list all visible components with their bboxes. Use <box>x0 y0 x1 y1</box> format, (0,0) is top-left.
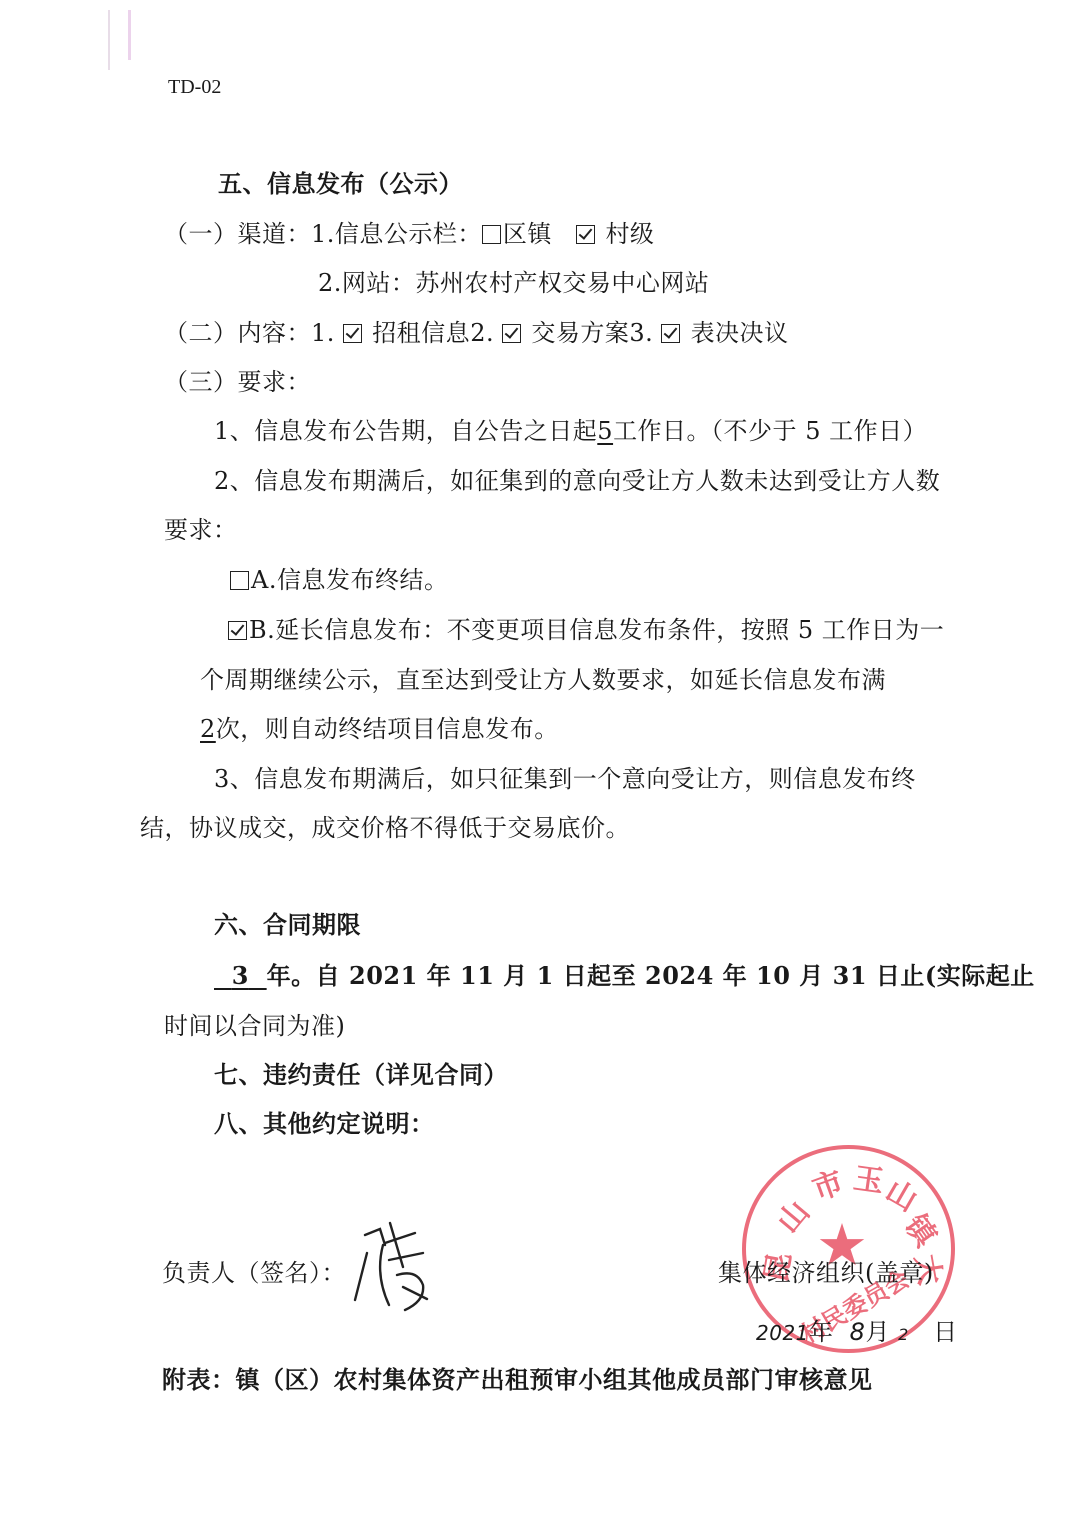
section5-title: 五、信息发布（公示） <box>218 164 463 199</box>
option-b-label: B.延长信息发布：不变更项目信息发布条件，按照 5 工作日为一 <box>249 616 944 644</box>
content-item-rental-info: 招租信息 <box>372 319 470 347</box>
checkbox-option-b[interactable] <box>228 621 247 640</box>
channel-prefix: （一）渠道：1.信息公示栏： <box>164 220 482 248</box>
content-item-trade-plan: 交易方案 <box>531 319 629 347</box>
years-value: 3 <box>232 961 249 990</box>
section6-title: 六、合同期限 <box>214 905 361 940</box>
extension-times: 2 <box>200 715 216 743</box>
scan-artifact <box>128 10 131 60</box>
org-seal-label: 集体经济组织(盖章) <box>718 1253 934 1288</box>
channel-option-village: 村级 <box>605 220 654 248</box>
requirement-3-line2: 结，协议成交，成交价格不得低于交易底价。 <box>140 808 630 843</box>
date-month: 8 <box>850 1318 866 1346</box>
option-b-line3-text: 次，则自动终结项目信息发布。 <box>216 715 559 743</box>
section7-title: 七、违约责任（详见合同） <box>214 1055 508 1090</box>
content-item-resolution: 表决决议 <box>691 319 789 347</box>
channel-line: （一）渠道：1.信息公示栏：区镇 村级 <box>164 214 654 249</box>
document-code: TD-02 <box>168 76 221 99</box>
appendix-title: 附表：镇（区）农村集体资产出租预审小组其他成员部门审核意见 <box>162 1360 873 1395</box>
requirement-2-line2: 要求： <box>164 510 238 545</box>
option-b-line2: 个周期继续公示，直至达到受让方人数要求，如延长信息发布满 <box>200 660 886 695</box>
seal-char: 玉 <box>851 1153 887 1201</box>
requirement-2-line1: 2、信息发布期满后，如征集到的意向受让方人数未达到受让方人数 <box>214 461 940 496</box>
date-day: 2 <box>898 1325 909 1344</box>
website-line: 2.网站：苏州农村产权交易中心网站 <box>318 263 709 298</box>
year-unit: 年 <box>809 1318 834 1346</box>
section8-title: 八、其他约定说明： <box>214 1104 435 1139</box>
checkbox-resolution[interactable] <box>661 324 680 343</box>
checkbox-village[interactable] <box>576 225 595 244</box>
requirement-1: 1、信息发布公告期，自公告之日起5工作日。（不少于 5 工作日） <box>214 411 927 446</box>
scan-artifact <box>108 10 110 70</box>
content-num: 2. <box>470 319 494 347</box>
checkbox-trade-plan[interactable] <box>502 324 521 343</box>
seal-char: 市 <box>805 1157 848 1209</box>
option-b-line3: 2次，则自动终结项目信息发布。 <box>200 709 559 744</box>
checkbox-district[interactable] <box>482 225 501 244</box>
req1-text: 1、信息发布公告期，自公告之日起 <box>214 417 597 445</box>
checkbox-rental-info[interactable] <box>343 324 362 343</box>
term-text: 年。自 2021 年 11 月 1 日起至 2024 年 10 月 31 日止(… <box>267 961 1035 990</box>
month-unit: 月 <box>865 1318 890 1346</box>
req1-days: 5 <box>597 417 613 445</box>
option-a: A.信息发布终结。 <box>230 560 448 595</box>
content-line: （二）内容：1. 招租信息2. 交易方案3. 表决决议 <box>164 313 789 348</box>
option-b-line1: B.延长信息发布：不变更项目信息发布条件，按照 5 工作日为一 <box>228 610 944 645</box>
content-prefix: （二）内容：1. <box>164 319 335 347</box>
contract-years: 3 <box>214 961 267 990</box>
content-num: 3. <box>629 319 653 347</box>
date-year: 2021 <box>756 1321 809 1345</box>
handwritten-signature <box>345 1215 445 1315</box>
req1-text-b: 工作日。（不少于 5 工作日） <box>613 417 927 445</box>
requirement-3-line1: 3、信息发布期满后，如只征集到一个意向受让方，则信息发布终 <box>214 759 916 794</box>
seal-char: 山 <box>765 1189 818 1240</box>
option-a-label: A.信息发布终结。 <box>251 566 448 594</box>
requirements-title: （三）要求： <box>164 362 311 397</box>
channel-option-district: 区镇 <box>503 220 552 248</box>
contract-term-line1: 3 年。自 2021 年 11 月 1 日起至 2024 年 10 月 31 日… <box>214 956 1035 991</box>
sign-date: 2021年 8月 2 日 <box>756 1312 958 1347</box>
signature-label: 负责人（签名）： <box>162 1253 346 1288</box>
day-unit: 日 <box>933 1318 958 1346</box>
contract-term-line2: 时间以合同为准) <box>164 1006 345 1041</box>
checkbox-option-a[interactable] <box>230 571 249 590</box>
